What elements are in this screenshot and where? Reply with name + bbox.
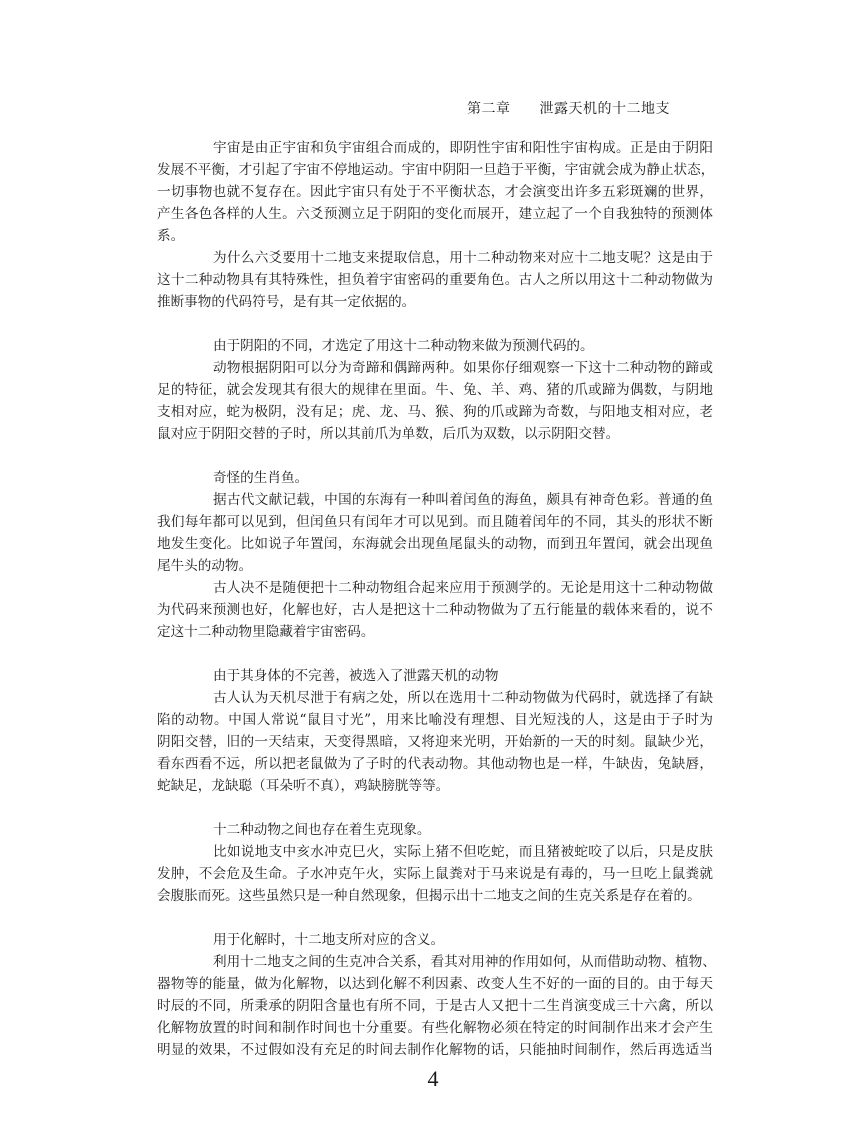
text-line: 定这十二种动物里隐藏着宇宙密码。 (157, 621, 713, 643)
text-line: 陷的动物。中国人常说“鼠目寸光”，用来比喻没有理想、目光短浅的人，这是由于子时为 (157, 709, 713, 731)
paragraph: 古人认为天机尽泄于有病之处，所以在选用十二种动物做为代码时，就选择了有缺陷的动物… (157, 687, 713, 797)
text-line: 地发生变化。比如说子年置闰，东海就会出现鱼尾鼠头的动物，而到丑年置闰，就会出现鱼 (157, 533, 713, 555)
text-line: 比如说地支中亥水冲克巳火，实际上猪不但吃蛇，而且猪被蛇咬了以后，只是皮肤 (157, 841, 713, 863)
text-line: 古人决不是随便把十二种动物组合起来应用于预测学的。无论是用这十二种动物做 (157, 577, 713, 599)
text-line: 为代码来预测也好，化解也好，古人是把这十二种动物做为了五行能量的载体来看的，说不 (157, 599, 713, 621)
text-line: 宇宙是由正宇宙和负宇宙组合而成的，即阴性宇宙和阳性宇宙构成。正是由于阴阳 (157, 137, 713, 159)
text-line: 利用十二地支之间的生克冲合关系，看其对用神的作用如何，从而借助动物、植物、 (157, 951, 713, 973)
paragraph: 宇宙是由正宇宙和负宇宙组合而成的，即阴性宇宙和阳性宇宙构成。正是由于阴阳发展不平… (157, 137, 713, 247)
chapter-title: 第二章 泄露天机的十二地支 (467, 98, 670, 118)
text-line: 由于其身体的不完善，被选入了泄露天机的动物 (157, 665, 713, 687)
text-line: 足的特征，就会发现其有很大的规律在里面。牛、兔、羊、鸡、猪的爪或蹄为偶数，与阴地 (157, 379, 713, 401)
text-line: 蛇缺足，龙缺聪（耳朵听不真），鸡缺膀胱等等。 (157, 775, 713, 797)
paragraph: 利用十二地支之间的生克冲合关系，看其对用神的作用如何，从而借助动物、植物、器物等… (157, 951, 713, 1061)
text-line: 会腹胀而死。这些虽然只是一种自然现象，但揭示出十二地支之间的生克关系是存在着的。 (157, 885, 713, 907)
text-line: 古人认为天机尽泄于有病之处，所以在选用十二种动物做为代码时，就选择了有缺 (157, 687, 713, 709)
text-line: 产生各色各样的人生。六爻预测立足于阴阳的变化而展开，建立起了一个自我独特的预测体 (157, 203, 713, 225)
paragraph-gap (157, 313, 713, 335)
text-line: 鼠对应于阴阳交替的子时，所以其前爪为单数，后爪为双数，以示阴阳交替。 (157, 423, 713, 445)
text-line: 用于化解时，十二地支所对应的含义。 (157, 929, 713, 951)
paragraph: 用于化解时，十二地支所对应的含义。 (157, 929, 713, 951)
text-line: 看东西看不远，所以把老鼠做为了子时的代表动物。其他动物也是一样，牛缺齿，兔缺唇， (157, 753, 713, 775)
text-line: 奇怪的生肖鱼。 (157, 467, 713, 489)
text-line: 推断事物的代码符号，是有其一定依据的。 (157, 291, 713, 313)
paragraph: 古人决不是随便把十二种动物组合起来应用于预测学的。无论是用这十二种动物做为代码来… (157, 577, 713, 643)
page-number: 4 (0, 1066, 866, 1092)
text-line: 系。 (157, 225, 713, 247)
text-line: 一切事物也就不复存在。因此宇宙只有处于不平衡状态，才会演变出许多五彩斑斓的世界， (157, 181, 713, 203)
text-line: 据古代文献记载，中国的东海有一种叫着闰鱼的海鱼，颇具有神奇色彩。普通的鱼 (157, 489, 713, 511)
text-line: 为什么六爻要用十二地支来提取信息，用十二种动物来对应十二地支呢？这是由于 (157, 247, 713, 269)
text-line: 发肿，不会危及生命。子水冲克午火，实际上鼠粪对于马来说是有毒的，马一旦吃上鼠粪就 (157, 863, 713, 885)
text-line: 动物根据阴阳可以分为奇蹄和偶蹄两种。如果你仔细观察一下这十二种动物的蹄或 (157, 357, 713, 379)
paragraph: 十二种动物之间也存在着生克现象。 (157, 819, 713, 841)
paragraph-gap (157, 907, 713, 929)
document-page: 第二章 泄露天机的十二地支 宇宙是由正宇宙和负宇宙组合而成的，即阴性宇宙和阳性宇… (0, 0, 866, 1122)
paragraph: 比如说地支中亥水冲克巳火，实际上猪不但吃蛇，而且猪被蛇咬了以后，只是皮肤发肿，不… (157, 841, 713, 907)
paragraph: 据古代文献记载，中国的东海有一种叫着闰鱼的海鱼，颇具有神奇色彩。普通的鱼我们每年… (157, 489, 713, 577)
paragraph: 为什么六爻要用十二地支来提取信息，用十二种动物来对应十二地支呢？这是由于这十二种… (157, 247, 713, 313)
text-line: 我们每年都可以见到，但闰鱼只有闰年才可以见到。而且随着闰年的不同，其头的形状不断 (157, 511, 713, 533)
paragraph: 动物根据阴阳可以分为奇蹄和偶蹄两种。如果你仔细观察一下这十二种动物的蹄或足的特征… (157, 357, 713, 445)
paragraph: 由于阴阳的不同，才选定了用这十二种动物来做为预测代码的。 (157, 335, 713, 357)
text-line: 明显的效果，不过假如没有充足的时间去制作化解物的话，只能抽时间制作，然后再选适当 (157, 1039, 713, 1061)
text-line: 尾牛头的动物。 (157, 555, 713, 577)
text-line: 器物等的能量，做为化解物，以达到化解不利因素、改变人生不好的一面的目的。由于每天 (157, 973, 713, 995)
document-body: 宇宙是由正宇宙和负宇宙组合而成的，即阴性宇宙和阳性宇宙构成。正是由于阴阳发展不平… (157, 137, 713, 1061)
text-line: 化解物放置的时间和制作时间也十分重要。有些化解物必须在特定的时间制作出来才会产生 (157, 1017, 713, 1039)
paragraph-gap (157, 797, 713, 819)
text-line: 阴阳交替，旧的一天结束，天变得黑暗，又将迎来光明，开始新的一天的时刻。鼠缺少光， (157, 731, 713, 753)
text-line: 时辰的不同，所秉承的阴阳含量也有所不同，于是古人又把十二生肖演变成三十六禽，所以 (157, 995, 713, 1017)
paragraph-gap (157, 643, 713, 665)
text-line: 由于阴阳的不同，才选定了用这十二种动物来做为预测代码的。 (157, 335, 713, 357)
paragraph-gap (157, 445, 713, 467)
paragraph: 奇怪的生肖鱼。 (157, 467, 713, 489)
text-line: 十二种动物之间也存在着生克现象。 (157, 819, 713, 841)
text-line: 发展不平衡，才引起了宇宙不停地运动。宇宙中阴阳一旦趋于平衡，宇宙就会成为静止状态… (157, 159, 713, 181)
text-line: 这十二种动物具有其特殊性，担负着宇宙密码的重要角色。古人之所以用这十二种动物做为 (157, 269, 713, 291)
text-line: 支相对应，蛇为极阴，没有足；虎、龙、马、猴、狗的爪或蹄为奇数，与阳地支相对应，老 (157, 401, 713, 423)
paragraph: 由于其身体的不完善，被选入了泄露天机的动物 (157, 665, 713, 687)
